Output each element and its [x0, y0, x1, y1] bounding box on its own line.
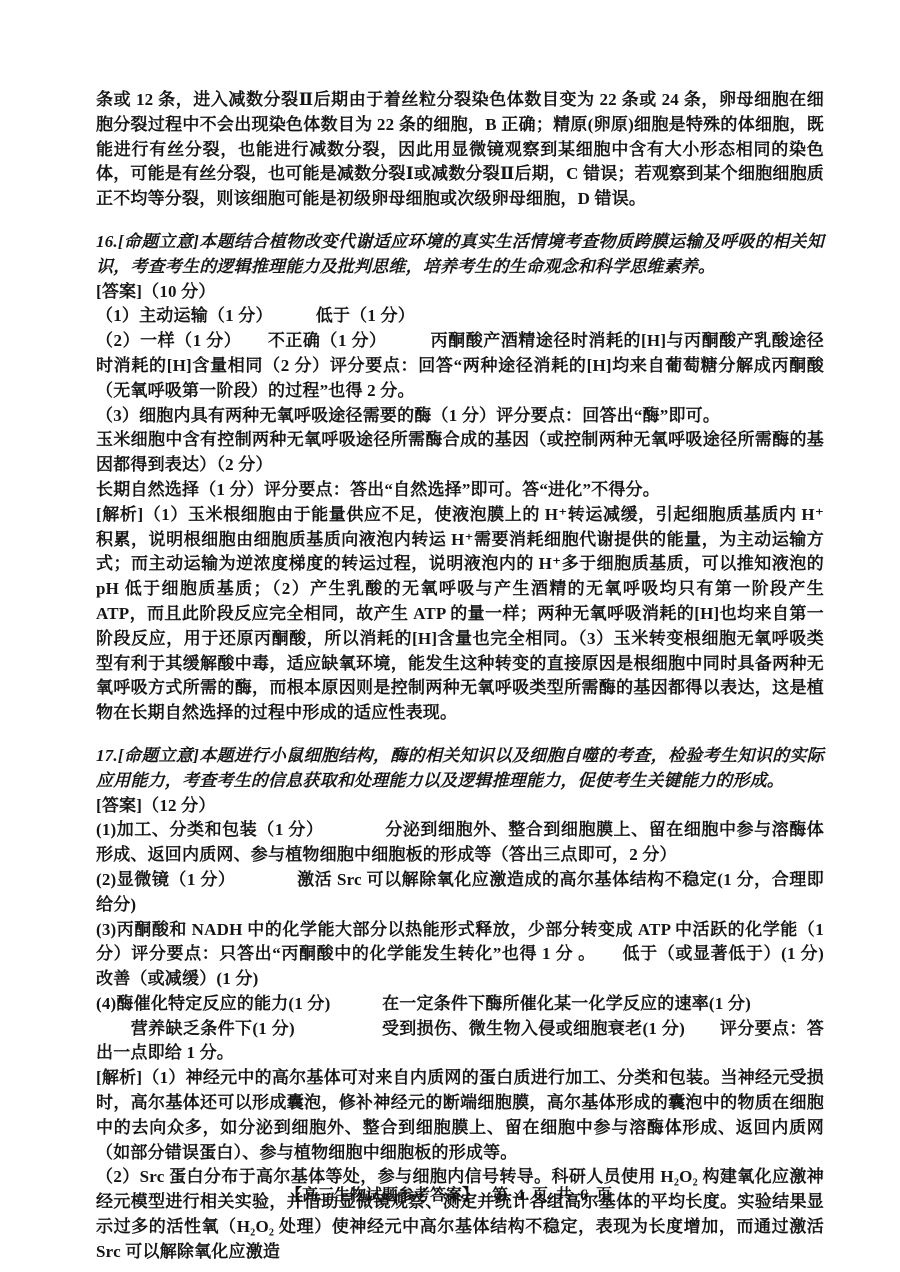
paragraph-6: （3）细胞内具有两种无氧呼吸途径需要的酶（1 分）评分要点：回答出“酶”即可。: [96, 404, 824, 429]
paragraph-13: (2)显微镜（1 分） 激活 Src 可以解除氧化应激造成的高尔基体结构不稳定(…: [96, 868, 824, 918]
paragraph-4: （1）主动运输（1 分） 低于（1 分）: [96, 304, 824, 329]
paragraph-12: (1)加工、分类和包装（1 分） 分泌到细胞外、整合到细胞膜上、留在细胞中参与溶…: [96, 818, 824, 868]
paragraph-11: [答案]（12 分）: [96, 794, 824, 819]
paragraph-3: [答案]（10 分）: [96, 280, 824, 305]
paragraph-7: 玉米细胞中含有控制两种无氧呼吸途径所需酶合成的基因（或控制两种无氧呼吸途径所需酶…: [96, 428, 824, 478]
paragraph-2: 16.[命题立意]本题结合植物改变代谢适应环境的真实生活情境考查物质跨膜运输及呼…: [96, 230, 824, 280]
document-body: 条或 12 条，进入减数分裂Ⅱ后期由于着丝粒分裂染色体数目变为 22 条或 24…: [96, 88, 824, 1265]
paragraph-14: (3)丙酮酸和 NADH 中的化学能大部分以热能形式释放，少部分转变成 ATP …: [96, 918, 824, 992]
paragraph-16: 营养缺乏条件下(1 分) 受到损伤、微生物入侵或细胞衰老(1 分) 评分要点：答…: [96, 1017, 824, 1067]
paragraph-8: 长期自然选择（1 分）评分要点：答出“自然选择”即可。答“进化”不得分。: [96, 478, 824, 503]
footer-page-info: 第 4 页 共 6 页: [492, 1187, 614, 1204]
paragraph-1: 条或 12 条，进入减数分裂Ⅱ后期由于着丝粒分裂染色体数目变为 22 条或 24…: [96, 88, 824, 212]
paragraph-17: [解析]（1）神经元中的高尔基体可对来自内质网的蛋白质进行加工、分类和包装。当神…: [96, 1066, 824, 1165]
page-footer: 【高三生物试题参考答案】第 4 页 共 6 页: [0, 1182, 900, 1205]
page: 条或 12 条，进入减数分裂Ⅱ后期由于着丝粒分裂染色体数目变为 22 条或 24…: [0, 0, 900, 1272]
paragraph-10: 17.[命题立意]本题进行小鼠细胞结构，酶的相关知识以及细胞自噬的考查，检验考生…: [96, 744, 824, 794]
paragraph-15: (4)酶催化特定反应的能力(1 分) 在一定条件下酶所催化某一化学反应的速率(1…: [96, 992, 824, 1017]
paragraph-5: （2）一样（1 分） 不正确（1 分） 丙酮酸产酒精途径时消耗的[H]与丙酮酸产…: [96, 329, 824, 403]
footer-title: 【高三生物试题参考答案】: [286, 1187, 478, 1204]
paragraph-18: （2）Src 蛋白分布于高尔基体等处，参与细胞内信号转导。科研人员使用 H₂O₂…: [96, 1165, 824, 1264]
paragraph-9: [解析]（1）玉米根细胞由于能量供应不足，使液泡膜上的 H⁺转运减缓，引起细胞质…: [96, 503, 824, 726]
